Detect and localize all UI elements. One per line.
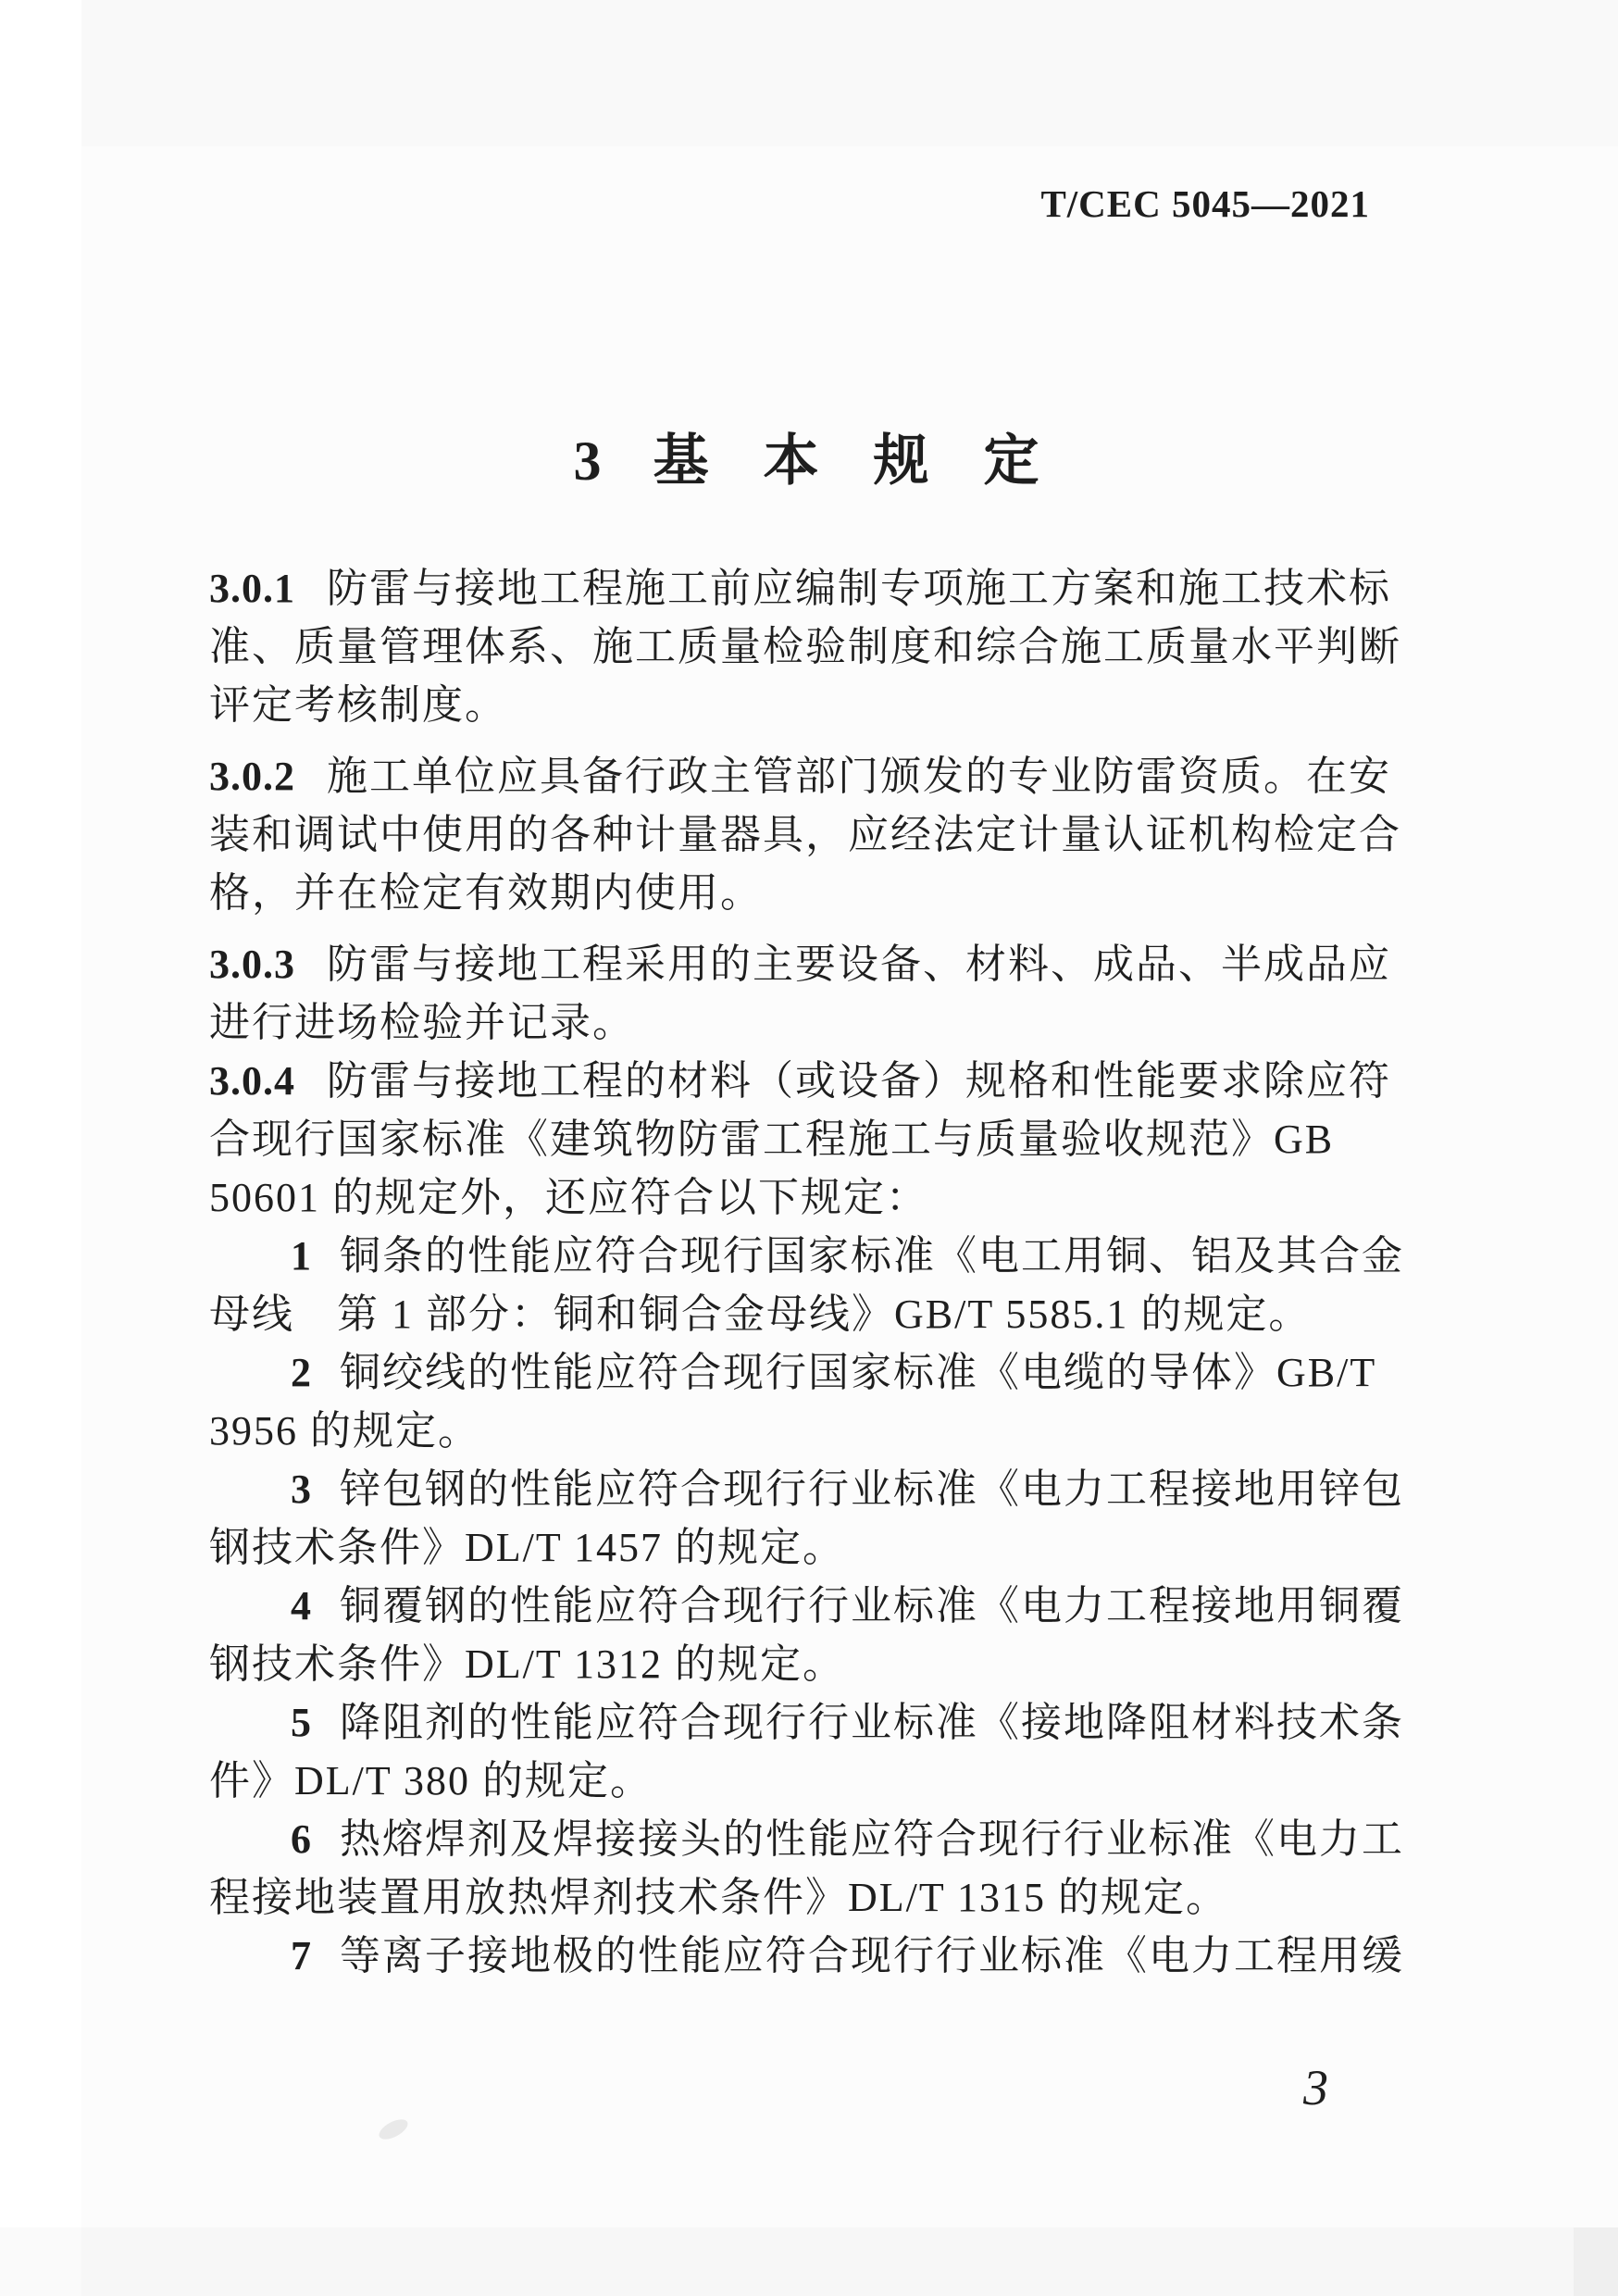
text-line: 装和调试中使用的各种计量器具，应经法定计量认证机构检定合 (209, 805, 1413, 864)
text-line: 件》DL/T 380 的规定。 (209, 1752, 1413, 1810)
document-number-header: T/CEC 5045—2021 (1040, 181, 1370, 226)
text-line: 6热熔焊剂及焊接接头的性能应符合现行行业标准《电力工 (209, 1810, 1413, 1868)
text-line: 3.0.3防雷与接地工程采用的主要设备、材料、成品、半成品应 (209, 935, 1413, 993)
text-line: 5降阻剂的性能应符合现行行业标准《接地降阻材料技术条 (209, 1693, 1413, 1752)
text-line: 4铜覆钢的性能应符合现行行业标准《电力工程接地用铜覆 (209, 1577, 1413, 1635)
text-line: 钢技术条件》DL/T 1312 的规定。 (209, 1635, 1413, 1693)
text-line: 3.0.4防雷与接地工程的材料（或设备）规格和性能要求除应符 (209, 1052, 1413, 1110)
text-line: 准、质量管理体系、施工质量检验制度和综合施工质量水平判断 (209, 618, 1413, 676)
scan-shade-corner (1574, 2227, 1618, 2296)
text-line: 2铜绞线的性能应符合现行国家标准《电缆的导体》GB/T (209, 1343, 1413, 1402)
text-line: 钢技术条件》DL/T 1457 的规定。 (209, 1518, 1413, 1577)
text-line: 合现行国家标准《建筑物防雷工程施工与质量验收规范》GB (209, 1110, 1413, 1168)
text-line: 3.0.1防雷与接地工程施工前应编制专项施工方案和施工技术标 (209, 559, 1413, 618)
text-line: 进行进场检验并记录。 (209, 993, 1413, 1052)
text-line: 3.0.2施工单位应具备行政主管部门颁发的专业防雷资质。在安 (209, 747, 1413, 805)
page-number: 3 (1303, 2059, 1328, 2116)
text-line: 7等离子接地极的性能应符合现行行业标准《电力工程用缓 (209, 1927, 1413, 1985)
scan-shade-top (81, 0, 1618, 146)
text-line: 3锌包钢的性能应符合现行行业标准《电力工程接地用锌包 (209, 1460, 1413, 1518)
text-line: 50601 的规定外，还应符合以下规定： (209, 1168, 1413, 1227)
chapter-title-text: 基 本 规 定 (653, 430, 1041, 492)
chapter-title: 3基 本 规 定 (209, 417, 1405, 496)
text-line: 3956 的规定。 (209, 1402, 1413, 1460)
text-line: 1铜条的性能应符合现行国家标准《电工用铜、铝及其合金 (209, 1227, 1413, 1285)
text-line: 程接地装置用放热焊剂技术条件》DL/T 1315 的规定。 (209, 1868, 1413, 1927)
text-line: 评定考核制度。 (209, 676, 1413, 734)
scan-shade-bottom (0, 2227, 1618, 2296)
text-line: 格，并在检定有效期内使用。 (209, 864, 1413, 922)
document-body: 3.0.1防雷与接地工程施工前应编制专项施工方案和施工技术标 准、质量管理体系、… (209, 559, 1413, 1985)
text-line: 母线 第 1 部分：铜和铜合金母线》GB/T 5585.1 的规定。 (209, 1285, 1413, 1343)
chapter-number: 3 (574, 430, 602, 492)
